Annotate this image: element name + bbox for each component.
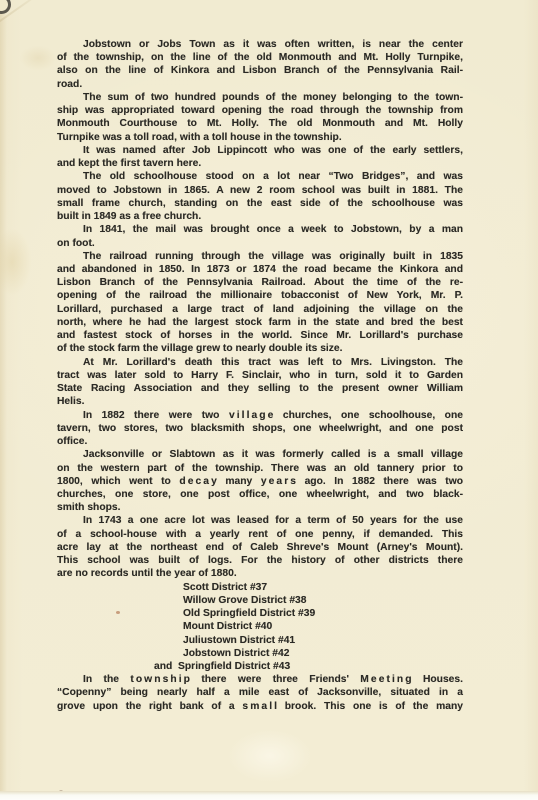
text-line: office.: [57, 435, 463, 448]
text-line: smith shops.: [57, 501, 463, 514]
paragraph: It was named after Job Lippincott who wa…: [57, 144, 463, 170]
paragraph: Jacksonville or Slabtown as it was forme…: [57, 448, 463, 514]
text-line: The sum of two hundred pounds of the mon…: [57, 91, 463, 104]
scanned-page: Jobstown or Jobs Town as it was often wr…: [0, 0, 538, 800]
text-line: acre lay at the northeast end of Caleb S…: [57, 541, 463, 554]
text-line: tavern, two stores, two blacksmith shops…: [57, 422, 463, 435]
district-list-item: Old Springfield District #39: [183, 607, 463, 620]
text-line: In 1841, the mail was brought once a wee…: [57, 223, 463, 236]
district-list-item: Mount District #40: [183, 620, 463, 633]
text-line: are no records until the year of 1880.: [57, 567, 463, 580]
paragraph: Jobstown or Jobs Town as it was often wr…: [57, 38, 463, 91]
district-list-item: Jobstown District #42: [183, 647, 463, 660]
text-line: built in 1849 as a free church.: [57, 210, 463, 223]
text-line: Jacksonville or Slabtown as it was forme…: [57, 448, 463, 461]
text-line: of a school-house with a yearly rent of …: [57, 528, 463, 541]
text-line: and kept the first tavern here.: [57, 157, 463, 170]
text-line: This school was built of logs. For the h…: [57, 554, 463, 567]
text-line: small frame church, standing on the east…: [57, 197, 463, 210]
text-line: road.: [57, 78, 463, 91]
text-line: In 1882 there were two v i l l a g e chu…: [57, 409, 463, 422]
page-text-block: Jobstown or Jobs Town as it was often wr…: [57, 38, 463, 713]
text-line: and abandoned in 1850. In 1873 or 1874 t…: [57, 263, 463, 276]
text-line: opening of the railroad the millionaire …: [57, 289, 463, 302]
text-line: ship was appropriated toward opening the…: [57, 104, 463, 117]
paragraph: The sum of two hundred pounds of the mon…: [57, 91, 463, 144]
district-list-item: Scott District #37: [183, 581, 463, 594]
paragraph: In the t o w n s h i p there were three …: [57, 673, 463, 713]
text-line: Helis.: [57, 395, 463, 408]
text-line: “Copenny” being nearly half a mile east …: [57, 686, 463, 699]
district-list: Scott District #37Willow Grove District …: [57, 581, 463, 674]
text-line: State Racing Association and they sellin…: [57, 382, 463, 395]
text-line: north, where he had the largest stock fa…: [57, 316, 463, 329]
paragraph: The old schoolhouse stood on a lot near …: [57, 170, 463, 223]
text-line: Turnpike was a toll road, with a toll ho…: [57, 131, 463, 144]
paragraph: At Mr. Lorillard's death this tract was …: [57, 356, 463, 409]
district-list-item: and Springfield District #43: [154, 660, 463, 673]
text-line: Monmouth Courthouse to Mt. Holly. The ol…: [57, 117, 463, 130]
scan-edge: [0, 791, 538, 800]
text-line: Jobstown or Jobs Town as it was often wr…: [57, 38, 463, 51]
text-line: The old schoolhouse stood on a lot near …: [57, 170, 463, 183]
text-line: At Mr. Lorillard's death this tract was …: [57, 356, 463, 369]
text-line: 1800, which went to d e c a y many y e a…: [57, 475, 463, 488]
paragraph: In 1841, the mail was brought once a wee…: [57, 223, 463, 249]
text-line: churches, one store, one post office, on…: [57, 488, 463, 501]
text-line: It was named after Job Lippincott who wa…: [57, 144, 463, 157]
text-line: and fastest stock of horses in the world…: [57, 329, 463, 342]
text-line: of the stock farm the village grew to ne…: [57, 342, 463, 355]
text-line: Lorillard, purchased a large tract of la…: [57, 303, 463, 316]
paragraph: In 1882 there were two v i l l a g e chu…: [57, 409, 463, 449]
paragraph: In 1743 a one acre lot was leased for a …: [57, 514, 463, 580]
text-line: also on the line of Kinkora and Lisbon B…: [57, 64, 463, 77]
district-list-item: Juliustown District #41: [183, 634, 463, 647]
text-line: In the t o w n s h i p there were three …: [57, 673, 463, 686]
text-line: The railroad running through the village…: [57, 250, 463, 263]
district-list-item: Willow Grove District #38: [183, 594, 463, 607]
text-line: of the township, on the line of the old …: [57, 51, 463, 64]
text-line: moved to Jobstown in 1865. A new 2 room …: [57, 184, 463, 197]
text-line: grove upon the right bank of a s m a l l…: [57, 700, 463, 713]
text-line: Lisbon Branch of the Pennsylvania Railro…: [57, 276, 463, 289]
text-line: on foot.: [57, 237, 463, 250]
paragraph: The railroad running through the village…: [57, 250, 463, 356]
text-line: In 1743 a one acre lot was leased for a …: [57, 514, 463, 527]
text-line: on the western part of the township. The…: [57, 462, 463, 475]
text-line: tract was later sold to Harry F. Sinclai…: [57, 369, 463, 382]
